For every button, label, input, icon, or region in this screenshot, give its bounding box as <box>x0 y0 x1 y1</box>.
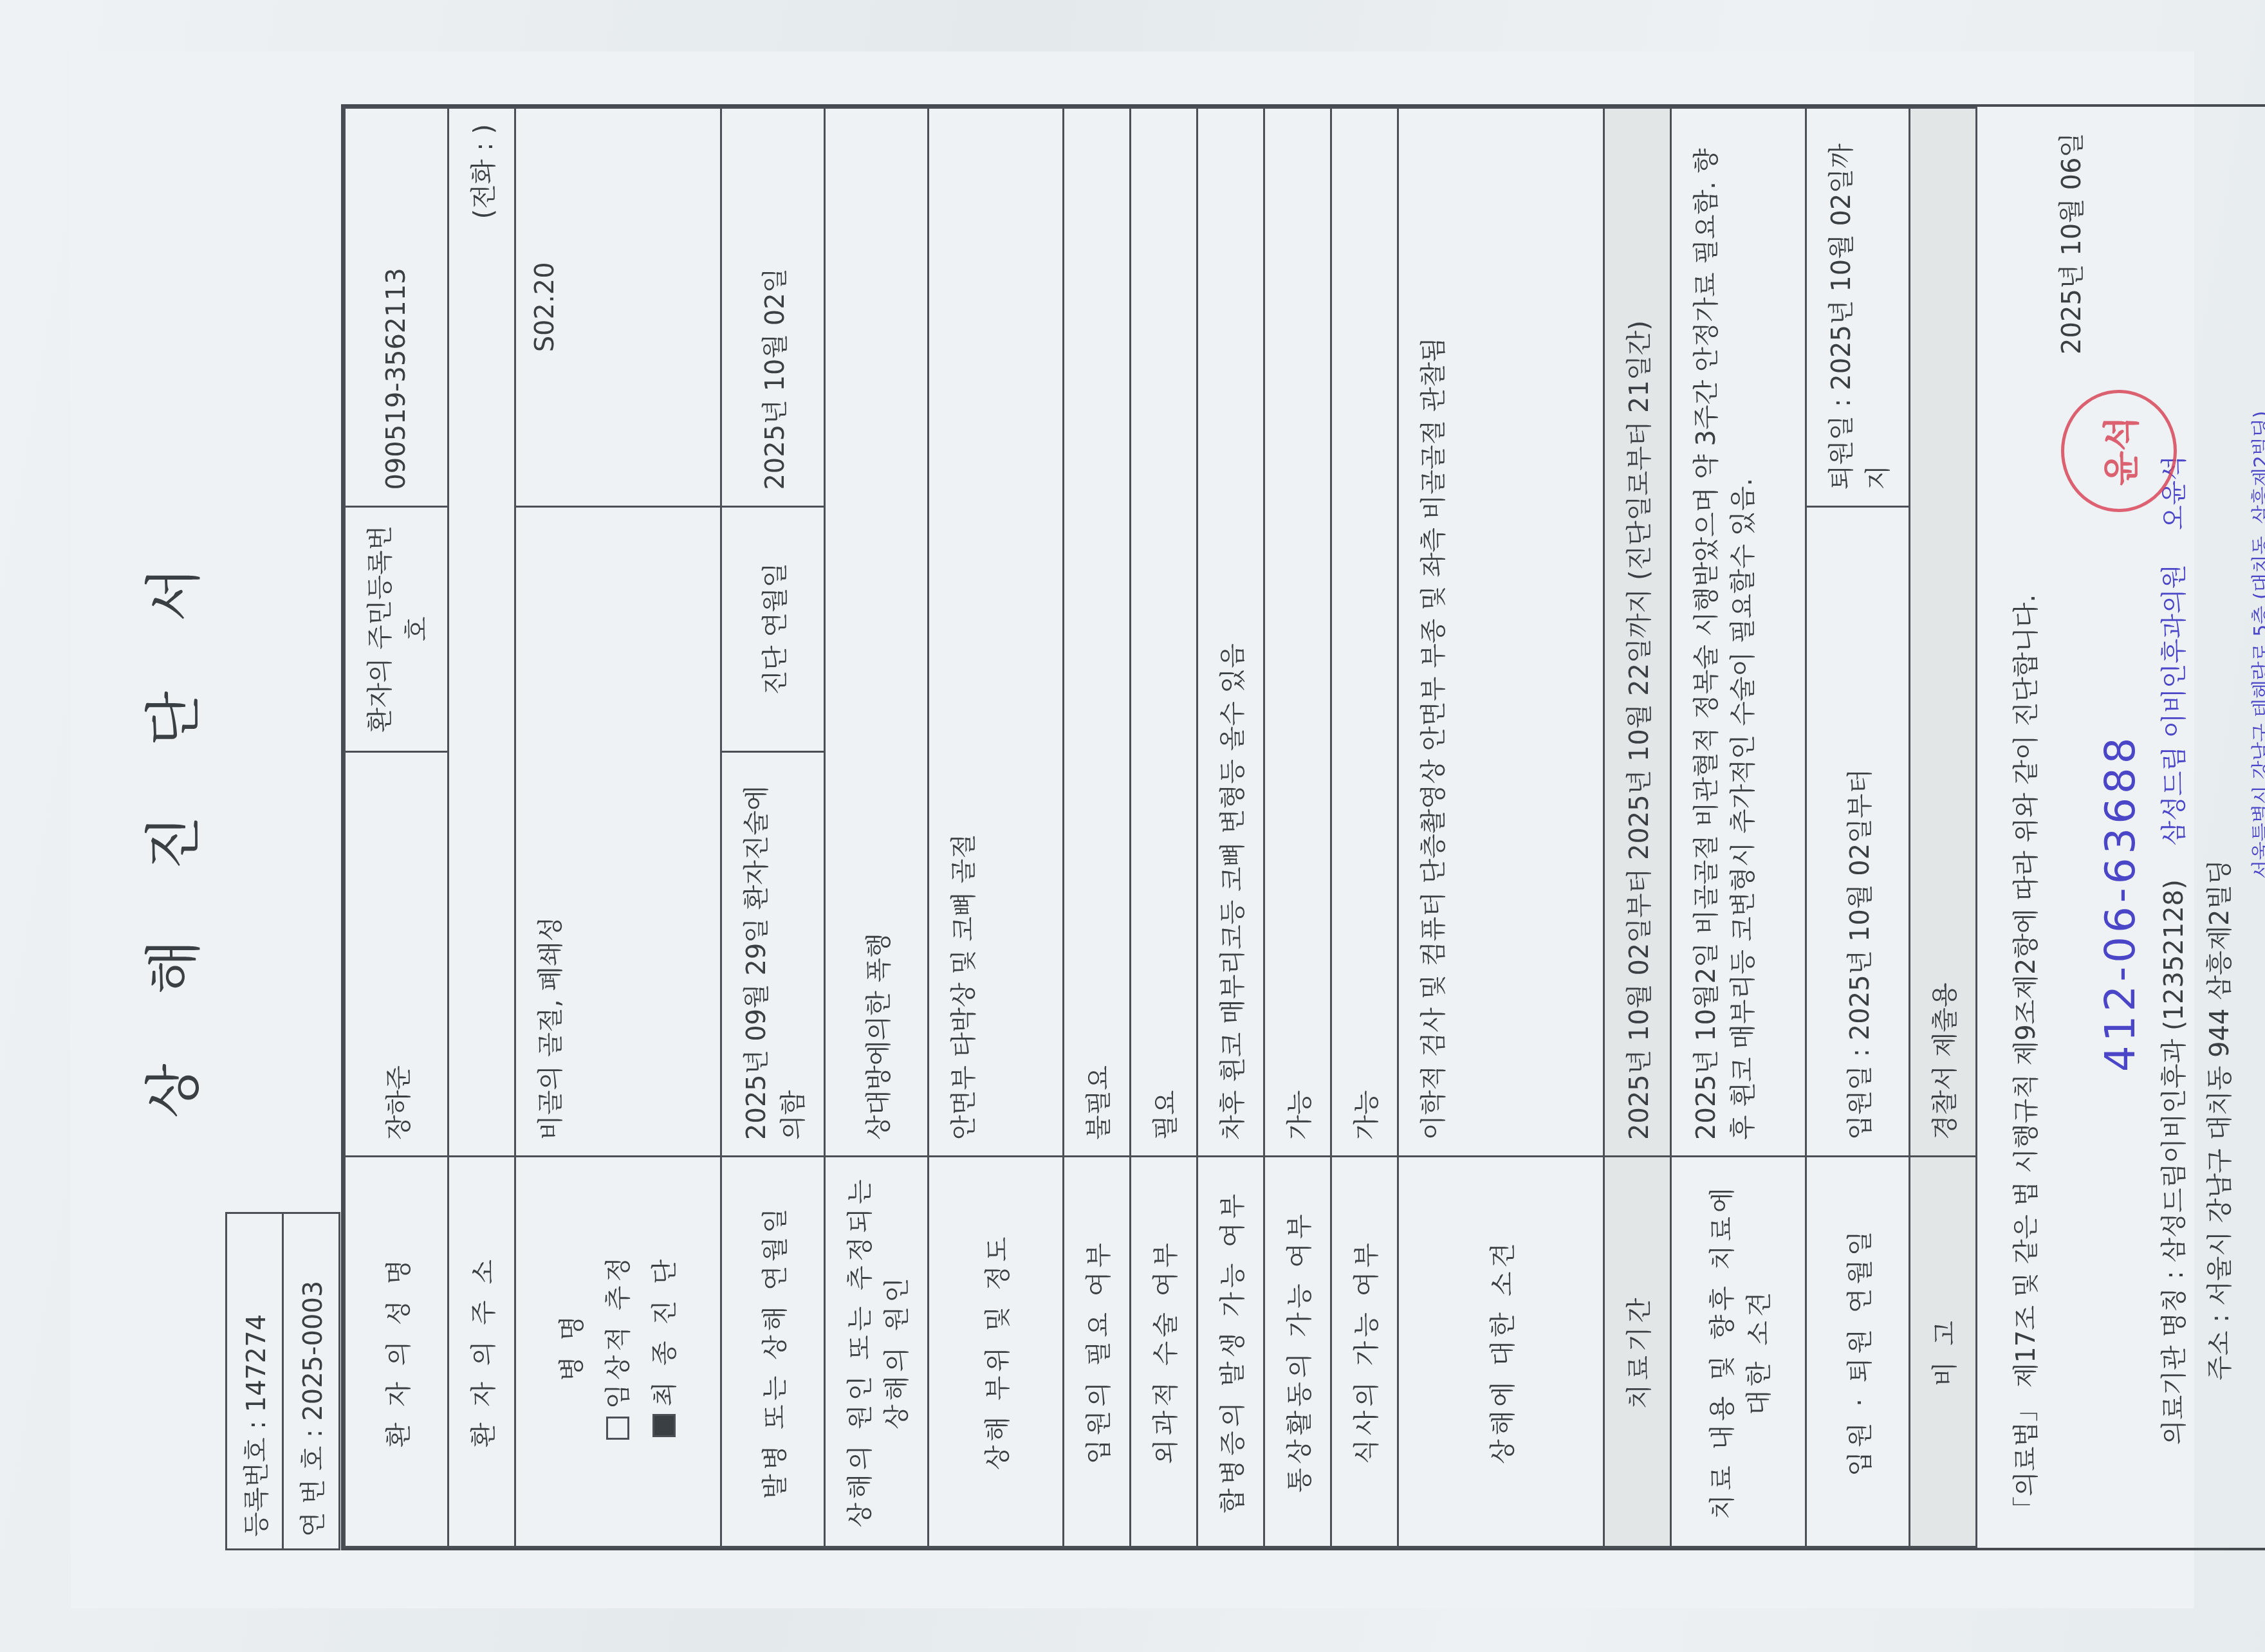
registration-number: 등록번호 : 147274 <box>227 1214 282 1548</box>
label-opinion: 상해에 대한 소견 <box>1398 1157 1604 1547</box>
diagnosis-date: 2025년 10월 02일 <box>721 108 825 507</box>
label-treatment-period: 치료기간 <box>1604 1157 1671 1547</box>
row-admission-need: 입원의 필요 여부 불필요 <box>1064 108 1131 1547</box>
label-daily-life: 통상활동의 가능 여부 <box>1264 1157 1331 1547</box>
label-patient-name: 환 자 의 성 명 <box>345 1157 448 1547</box>
patient-name: 장하준 <box>345 751 448 1156</box>
row-patient-name: 환 자 의 성 명 장하준 환자의 주민등록번호 090519-3562113 <box>345 108 448 1547</box>
treatment-content: 2025년 10월2일 비골골절 비관혈적 정복술 시행받았으며 약 3주간 안… <box>1671 108 1806 1157</box>
document-title: 상 해 진 단 서 <box>129 51 210 1608</box>
row-disease: 병 명 임상적 추정 최 종 진 단 비골의 골절, 폐쇄성 S02.20 <box>515 108 721 1547</box>
eating: 가능 <box>1331 108 1398 1157</box>
row-injury-site: 상해 부위 및 정도 안면부 타박상 및 코뼈 골절 <box>929 108 1064 1547</box>
row-treatment-content: 치료 내용 및 향후 치료에 대한 소견 2025년 10월2일 비골골절 비관… <box>1671 108 1806 1547</box>
institution-address: 서울시 강남구 대치동 944 삼흥제2빌딩 <box>2205 859 2235 1306</box>
row-cause: 상해의 원인 또는 추정되는 상해의 원인 상대방에의한 폭행 <box>825 108 929 1547</box>
label-admission-discharge: 입원 · 퇴원 연월일 <box>1806 1157 1910 1547</box>
label-eating: 식사의 가능 여부 <box>1331 1157 1398 1547</box>
complication: 차후 휜코 매부리코등 코뼈 변형등 올수 있음 <box>1197 108 1264 1157</box>
treatment-period: 2025년 10월 02일부터 2025년 10월 22일까지 (진단일로부터 … <box>1604 108 1671 1157</box>
injury-site: 안면부 타박상 및 코뼈 골절 <box>929 108 1064 1157</box>
seal-stamp: 윤석 <box>2061 390 2177 512</box>
legal-statement: 「의료법」 제17조 및 같은 법 시행규칙 제9조제2항에 따라 위와 같이 … <box>2006 133 2042 1522</box>
row-admission-discharge: 입원 · 퇴원 연월일 입원일 : 2025년 10월 02일부터 퇴원일 : … <box>1806 108 1910 1547</box>
label-disease: 병 명 <box>549 1173 595 1520</box>
institution-line: 의료기관 명칭 : 삼성드림이비인후과 (12352128) 삼성드림 이비인후… <box>2154 133 2190 1522</box>
clinic-stamp-text: 삼성드림 이비인후과의원 <box>2159 564 2189 846</box>
resident-id: 090519-3562113 <box>345 108 448 507</box>
admission-date: 입원일 : 2025년 10월 02일부터 <box>1806 506 1910 1156</box>
registration-box: 등록번호 : 147274 연 번 호 : 2025-0003 <box>225 1212 340 1550</box>
admission-need: 불필요 <box>1064 108 1131 1157</box>
stamp-address: 서울특별시 강남구 테헤란로 5층 (대치동, 삼흥제2빌딩) <box>2245 133 2265 1522</box>
address-line: 주소 : 서울시 강남구 대치동 944 삼흥제2빌딩 <box>2199 133 2236 1522</box>
kcd-code: S02.20 <box>515 108 721 507</box>
issue-date: 2025년 10월 06일 <box>2051 133 2088 1522</box>
disease-name: 비골의 골절, 폐쇄성 <box>515 506 721 1156</box>
label-resident-id: 환자의 주민등록번호 <box>345 506 448 751</box>
row-remarks: 비 고 경찰서 제출용 <box>1910 108 1977 1547</box>
discharge-date: 퇴원일 : 2025년 10월 02일까지 <box>1806 108 1910 507</box>
label-patient-address: 환 자 의 주 소 <box>448 1157 515 1547</box>
phone-label: (전화 : ) <box>469 124 499 219</box>
label-diagnosis-date: 진단 연월일 <box>721 506 825 751</box>
final-checkbox <box>652 1414 676 1437</box>
label-injury-site: 상해 부위 및 정도 <box>929 1157 1064 1547</box>
row-surgery: 외과적 수술 여부 필요 <box>1131 108 1197 1547</box>
label-admission-need: 입원의 필요 여부 <box>1064 1157 1131 1547</box>
certificate-footer: 「의료법」 제17조 및 같은 법 시행규칙 제9조제2항에 따라 위와 같이 … <box>1977 107 2265 1548</box>
opinion: 이학적 검사 및 컴퓨터 단층촬영상 안면부 부종 및 좌측 비골골절 관찰됨 <box>1398 108 1604 1157</box>
label-remarks: 비 고 <box>1910 1157 1977 1547</box>
business-number: 412-06-63688 <box>2097 133 2145 1522</box>
label-complication: 합병증의 발생 가능 여부 <box>1197 1157 1264 1547</box>
row-daily-life: 통상활동의 가능 여부 가능 <box>1264 108 1331 1547</box>
row-treatment-period: 치료기간 2025년 10월 02일부터 2025년 10월 22일까지 (진단… <box>1604 108 1671 1547</box>
patient-address: (전화 : ) <box>448 108 515 1157</box>
surgery: 필요 <box>1131 108 1197 1157</box>
label-cause: 상해의 원인 또는 추정되는 상해의 원인 <box>825 1157 929 1547</box>
disease-label-cell: 병 명 임상적 추정 최 종 진 단 <box>515 1157 721 1547</box>
diagnosis-certificate: 등록번호 : 147274 연 번 호 : 2025-0003 상 해 진 단 … <box>71 51 2194 1608</box>
row-eating: 식사의 가능 여부 가능 <box>1331 108 1398 1547</box>
row-complication: 합병증의 발생 가능 여부 차후 휜코 매부리코등 코뼈 변형등 올수 있음 <box>1197 108 1264 1547</box>
daily-life: 가능 <box>1264 108 1331 1157</box>
certificate-form: 환 자 의 성 명 장하준 환자의 주민등록번호 090519-3562113 … <box>341 104 2265 1550</box>
row-onset: 발병 또는 상해 연월일 2025년 09월 29일 환자진술에 의함 진단 연… <box>721 108 825 1547</box>
serial-number: 연 번 호 : 2025-0003 <box>282 1214 338 1548</box>
row-patient-address: 환 자 의 주 소 (전화 : ) <box>448 108 515 1547</box>
label-surgery: 외과적 수술 여부 <box>1131 1157 1197 1547</box>
row-opinion: 상해에 대한 소견 이학적 검사 및 컴퓨터 단층촬영상 안면부 부종 및 좌측… <box>1398 108 1604 1547</box>
provisional-checkbox <box>606 1417 629 1440</box>
label-treatment-content: 치료 내용 및 향후 치료에 대한 소견 <box>1671 1157 1806 1547</box>
injury-cause: 상대방에의한 폭행 <box>825 108 929 1157</box>
remarks: 경찰서 제출용 <box>1910 108 1977 1157</box>
label-onset: 발병 또는 상해 연월일 <box>721 1157 825 1547</box>
institution-name: 삼성드림이비인후과 (12352128) <box>2159 879 2189 1262</box>
onset-date: 2025년 09월 29일 환자진술에 의함 <box>721 751 825 1156</box>
